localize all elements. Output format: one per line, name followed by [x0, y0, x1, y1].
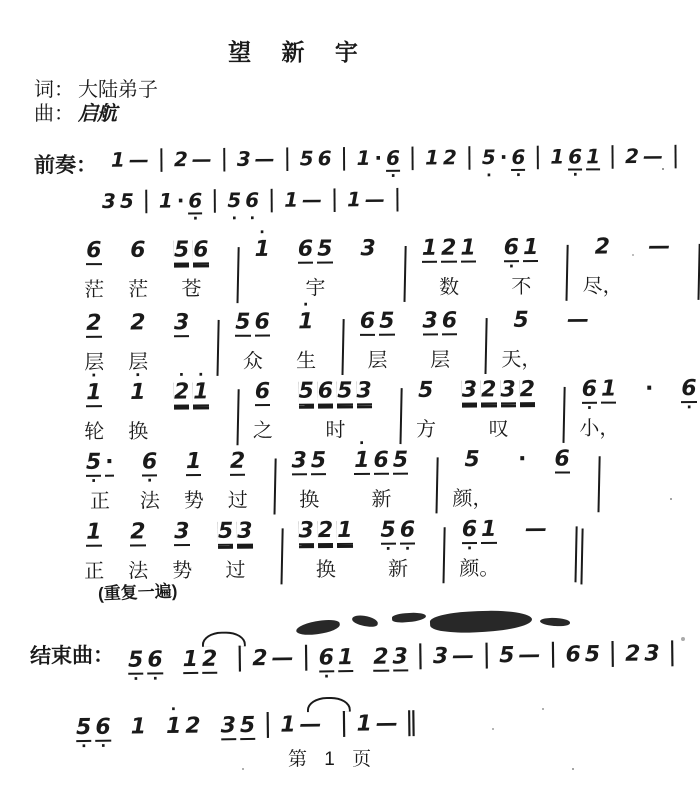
note: 6	[255, 379, 271, 406]
notes-group: 6·1	[579, 375, 619, 407]
note: 1	[481, 517, 497, 544]
ending-section: 结束曲： 5·6·12|2—|6·123|3—|5—|65|23|	[30, 626, 683, 676]
octave-dot-above: ·	[171, 702, 177, 717]
lyric-char	[643, 414, 656, 442]
barline: |	[282, 144, 293, 171]
notes-group: 2	[128, 308, 148, 340]
note: 1·	[254, 237, 269, 262]
note-lyric-cell: 2法	[128, 517, 148, 585]
note: 3	[237, 148, 251, 171]
notes-group: 3232	[460, 375, 537, 408]
note: 6	[373, 448, 389, 475]
verse-line-5: 1正2法3势53过321换5·6·新6·1颜。—	[84, 502, 592, 586]
duration-dash: —	[452, 644, 474, 670]
note: 6·	[95, 715, 111, 742]
duration-dash: —	[643, 145, 663, 168]
note: 5	[120, 190, 134, 213]
note: 1	[523, 235, 539, 262]
song-title: 望 新 宇	[160, 34, 430, 67]
final-barline	[575, 526, 578, 582]
notes-group: 6·1	[459, 515, 499, 547]
note-lyric-cell: 321换	[296, 516, 354, 584]
note: 5	[235, 310, 251, 337]
note: 5	[513, 308, 528, 333]
note-lyric-cell: 3势	[172, 517, 192, 585]
note: 5	[418, 378, 433, 403]
note: 6	[360, 309, 376, 336]
octave-dot-below: ·	[467, 541, 473, 556]
note: 2	[130, 310, 145, 335]
note-lyric-cell: 6·1颜。	[459, 515, 499, 583]
note: 2	[174, 148, 188, 171]
notes-group: 6	[128, 236, 148, 268]
note: 1	[425, 146, 439, 169]
note: 1·	[130, 380, 145, 405]
note: 3	[422, 308, 438, 335]
notes-group: —	[565, 305, 591, 337]
barline: |	[532, 143, 543, 170]
note: 6·	[504, 235, 520, 262]
lyric-char: 新	[379, 555, 418, 583]
notes-group: 6·	[139, 447, 159, 479]
octave-dot-above: ·	[259, 225, 265, 240]
notes-group: 53	[216, 517, 255, 549]
page-number: 第 1 页	[288, 744, 377, 771]
barline: |	[219, 145, 230, 172]
notes-group: 35	[289, 446, 328, 478]
note: 6·	[142, 449, 158, 476]
note: 1	[422, 236, 438, 263]
note: 6	[298, 237, 314, 264]
octave-dot-above: ·	[198, 367, 204, 382]
notes-group: 2	[84, 309, 104, 341]
barline: |	[607, 639, 618, 669]
note: 6	[318, 379, 334, 406]
note-lyric-cell: 6·1不	[502, 233, 541, 301]
note: 6·	[462, 517, 478, 544]
notes-group: 1	[84, 518, 104, 550]
notes-group: —	[523, 515, 549, 547]
note: 5	[298, 379, 314, 406]
notes-group: 1·	[296, 307, 316, 339]
note: 2	[625, 642, 641, 667]
note: 1	[338, 645, 354, 672]
note: 1	[601, 377, 617, 404]
barline: |	[234, 643, 245, 673]
note: 3	[298, 518, 314, 545]
notes-group: 321	[296, 516, 354, 548]
note: 6·	[386, 147, 400, 172]
notes-group: 3	[172, 308, 192, 340]
notes-group: 3	[172, 517, 192, 549]
barline	[236, 247, 239, 303]
note: 3	[356, 378, 372, 405]
note-lyric-cell: 53过	[216, 517, 255, 585]
note-lyric-cell: 5·6·新	[378, 515, 417, 583]
barline: |	[141, 187, 152, 214]
note: 2	[481, 377, 497, 404]
note: 5	[300, 147, 314, 170]
ending-line-2: 5·6·11·235|1—|1—‖	[74, 696, 423, 743]
note-lyric-cell: 6茫	[128, 236, 148, 304]
barline: |	[407, 144, 418, 171]
barline: |	[464, 143, 475, 170]
note: 3	[237, 519, 253, 546]
scan-noise	[662, 168, 664, 170]
note: 6·	[511, 146, 525, 171]
octave-dot-below: ·	[100, 739, 106, 754]
note: 2	[595, 235, 610, 260]
notes-group: 6	[552, 444, 572, 476]
note: 1	[186, 449, 202, 476]
note: 2	[520, 377, 536, 404]
note: 5·	[227, 189, 241, 212]
note-lyric-cell: 56苍	[172, 235, 211, 303]
note: 2	[252, 646, 268, 671]
note-lyric-cell: 65宇	[296, 234, 335, 302]
dot-note: ·	[105, 450, 114, 477]
note: 5	[174, 237, 190, 264]
note: 3	[500, 377, 516, 404]
notes-group: 2	[128, 517, 148, 549]
barline: |	[338, 709, 349, 739]
note: 5	[317, 236, 333, 263]
note: 3	[174, 310, 190, 337]
notes-group: ·	[516, 445, 529, 477]
note: 3	[392, 644, 408, 671]
octave-dot-above: ·	[91, 368, 97, 383]
notes-group: 56	[233, 308, 272, 340]
tie-arc	[202, 631, 246, 647]
barline: |	[266, 186, 277, 213]
note: 5	[393, 448, 409, 475]
note: 6	[86, 238, 102, 265]
note: 2·	[174, 380, 190, 407]
verse-line-1: 6茫6茫56苍1·65宇3121数6·1不2尽，—	[84, 220, 700, 304]
octave-dot-below: ·	[572, 167, 578, 182]
note: 1·	[86, 380, 102, 407]
tie-arc	[306, 697, 350, 713]
credits-block: 词：大陆弟子 曲：启航	[34, 78, 162, 126]
prelude-line-2: 35|1·6·|5·6·|1—|1—|	[100, 185, 408, 215]
octave-dot-above: ·	[179, 368, 185, 383]
note: 2	[441, 236, 457, 263]
note: 1	[586, 145, 600, 170]
note: 5	[499, 643, 515, 668]
notes-group: 65	[358, 307, 397, 339]
note: 3	[291, 448, 307, 475]
note: 1	[86, 520, 102, 547]
octave-dot-below: ·	[390, 169, 396, 184]
lyric-char: 换	[297, 556, 355, 584]
barline	[280, 528, 283, 584]
note-lyric-cell: ·	[643, 374, 656, 442]
notes-group: 5653	[296, 376, 373, 409]
duration-dash: —	[302, 189, 322, 212]
lyric-char: 颜。	[459, 555, 499, 583]
note: 6·	[245, 189, 259, 212]
duration-dash: —	[365, 188, 385, 211]
note: 2	[130, 519, 146, 546]
composer-label: 曲：	[34, 103, 74, 125]
duration-dash: —	[376, 711, 398, 737]
lyricist-line: 词：大陆弟子	[34, 78, 162, 102]
notes-group: 1	[183, 447, 203, 479]
octave-dot-below: ·	[147, 474, 153, 489]
note-lyric-cell: 2尽，	[582, 232, 622, 300]
duration-dash: —	[567, 307, 589, 332]
lyricist-name: 大陆弟子	[78, 79, 158, 101]
note: 6·	[318, 645, 334, 672]
note: 2	[202, 647, 218, 674]
prelude-label: 前奏：	[34, 146, 97, 179]
barline: |	[338, 144, 349, 171]
barline: |	[670, 142, 681, 169]
duration-dash: —	[518, 643, 540, 669]
dot-note: ·	[177, 189, 185, 212]
octave-dot-below: ·	[152, 672, 158, 687]
barline	[597, 456, 600, 512]
note: 1	[550, 146, 564, 169]
octave-dot-below: ·	[509, 259, 515, 274]
notes-group: 6	[84, 236, 104, 268]
note-lyric-cell: 6茫	[84, 236, 104, 304]
barline	[403, 246, 406, 302]
ink-smudge	[540, 617, 570, 627]
note: 3	[174, 519, 190, 546]
duration-dash: —	[648, 234, 670, 259]
note: 1	[280, 712, 296, 737]
lyricist-label: 词：	[34, 79, 74, 101]
note: 5·	[86, 450, 102, 477]
notes-group: 6·1	[502, 233, 541, 265]
note: 3	[102, 190, 116, 213]
notes-group: 5·6·	[378, 515, 417, 547]
note-lyric-cell: —	[523, 515, 549, 583]
barline: |	[415, 641, 426, 671]
prelude-line-1: 1—|2—|3—|56|1·6·|12|5··6·|16·1|2—|	[109, 142, 686, 174]
dot-note: ·	[374, 147, 382, 170]
notes-group: 121	[420, 233, 478, 265]
ending-line-1: 5·6·12|2—|6·123|3—|5—|65|23|	[126, 626, 683, 675]
note: 5·	[482, 146, 496, 169]
note: 1	[284, 189, 298, 212]
duration-dash: —	[129, 148, 149, 171]
duration-dash: —	[271, 646, 293, 672]
note: 5	[240, 713, 256, 740]
octave-dot-below: ·	[587, 401, 593, 416]
barline: |	[392, 185, 403, 212]
dot-note: ·	[645, 376, 654, 401]
note: 5	[379, 309, 395, 336]
barline: |	[209, 186, 220, 213]
octave-dot-above: ·	[135, 368, 141, 383]
notes-group: 3	[358, 234, 378, 266]
note: 1·	[166, 714, 182, 739]
note: 5·	[380, 518, 396, 545]
note: 1	[159, 190, 173, 213]
note: 1	[460, 235, 476, 262]
note: 1	[347, 188, 361, 211]
octave-dot-below: ·	[516, 168, 522, 183]
octave-dot-below: ·	[686, 400, 692, 415]
octave-dot-below: ·	[133, 672, 139, 687]
note: 6·	[582, 377, 598, 404]
barline: |	[329, 185, 340, 212]
duration-dash: —	[299, 712, 321, 738]
notes-group: 5	[452, 445, 492, 477]
notes-group: —	[646, 232, 672, 264]
ink-smudge	[392, 612, 427, 623]
barline: |	[481, 640, 492, 670]
notes-group: 1·	[84, 378, 104, 410]
lyric-char	[647, 272, 673, 300]
barline	[443, 527, 446, 583]
note: 3	[220, 713, 236, 740]
note: 5·	[76, 715, 92, 742]
note-lyric-cell: 121数	[420, 233, 478, 301]
dot-note: ·	[518, 447, 527, 472]
ending-label: 结束曲：	[30, 633, 114, 670]
note: 1·	[354, 448, 370, 475]
notes-group: 2·1·	[172, 377, 211, 409]
note: 3	[462, 378, 478, 405]
note: 6	[130, 238, 145, 263]
octave-dot-below: ·	[385, 542, 391, 557]
note: 1	[111, 149, 125, 172]
lyric-char	[523, 555, 549, 583]
barline: |	[547, 640, 558, 670]
notes-group: ·	[643, 374, 656, 406]
octave-dot-below: ·	[324, 670, 330, 685]
prelude-section: 前奏： 1—|2—|3—|56|1·6·|12|5··6·|16·1|2—|	[34, 142, 686, 180]
note: 3	[644, 641, 660, 666]
note: 6·	[568, 145, 582, 170]
composer-line: 曲：启航	[34, 102, 162, 126]
duration-dash: —	[255, 148, 275, 171]
notes-group: 6·	[679, 374, 699, 406]
note-lyric-cell: 3	[358, 234, 378, 302]
lyric-char: 过	[216, 557, 255, 585]
octave-dot-below: ·	[486, 168, 492, 183]
notes-group: 2	[582, 232, 622, 264]
notes-group: 36	[420, 306, 459, 338]
barline: |	[262, 710, 273, 740]
note: 5	[464, 447, 479, 472]
note: 2	[185, 714, 201, 739]
note: 1	[183, 647, 199, 674]
note: 2	[625, 145, 639, 168]
note: 1	[356, 711, 372, 736]
note: 3	[433, 644, 449, 669]
notes-group: 56	[172, 235, 211, 267]
note: 6	[318, 147, 332, 170]
barline: |	[300, 643, 311, 673]
note: 6·	[188, 189, 202, 214]
note: 6	[254, 310, 270, 337]
octave-dot-above: ·	[303, 297, 309, 312]
barline: |	[156, 145, 167, 172]
notes-group: 5	[416, 376, 436, 408]
note: 6	[442, 308, 458, 335]
note: 5	[311, 448, 327, 475]
octave-dot-above: ·	[359, 436, 365, 451]
notes-group: 5	[501, 306, 541, 338]
note: 6·	[400, 517, 416, 544]
notes-group: 6	[252, 377, 272, 409]
note: 1	[131, 714, 147, 739]
octave-dot-below: ·	[405, 542, 411, 557]
ink-smudge	[351, 614, 378, 628]
note-lyric-cell: 6·	[679, 374, 699, 442]
note: 6	[565, 642, 581, 667]
notes-group: 1·	[252, 235, 272, 267]
note: 2	[318, 518, 334, 545]
notes-group: 65	[296, 234, 335, 266]
note: 2	[230, 449, 246, 476]
composer-name: 启航	[78, 103, 116, 125]
note-lyric-cell: 1正	[84, 518, 104, 586]
octave-dot-below: ·	[91, 474, 97, 489]
note: 6·	[147, 647, 163, 674]
duration-dash: —	[192, 148, 212, 171]
note: 5	[218, 519, 234, 546]
notes-group: 5··	[84, 448, 116, 480]
note-lyric-cell: 1·	[252, 235, 272, 303]
barline: |	[607, 142, 618, 169]
notes-group: 2	[227, 447, 247, 479]
note: 2	[86, 311, 102, 338]
note: 6	[554, 446, 570, 473]
note: 1	[357, 147, 371, 170]
note: 6	[193, 237, 209, 264]
note: 6·	[681, 376, 697, 403]
note: 1·	[193, 379, 209, 406]
dot-note: ·	[500, 146, 508, 169]
barline: ‖	[405, 708, 418, 738]
note: 1·	[298, 309, 313, 334]
duration-dash: —	[525, 517, 547, 542]
note: 5	[337, 378, 353, 405]
lyric-char	[680, 414, 700, 442]
note: 5·	[128, 648, 144, 675]
note: 3	[360, 236, 375, 261]
barline: |	[667, 638, 678, 668]
note: 2	[373, 645, 389, 672]
note: 1	[337, 518, 353, 545]
notes-group: 1·	[128, 378, 148, 410]
repeat-note: (重复一遍)	[98, 577, 178, 605]
note: 2	[443, 146, 457, 169]
barline	[566, 245, 569, 301]
note-lyric-cell: —	[646, 232, 672, 300]
octave-dot-below: ·	[81, 739, 87, 754]
notes-group: 1·65	[352, 446, 410, 478]
note: 5	[585, 642, 601, 667]
